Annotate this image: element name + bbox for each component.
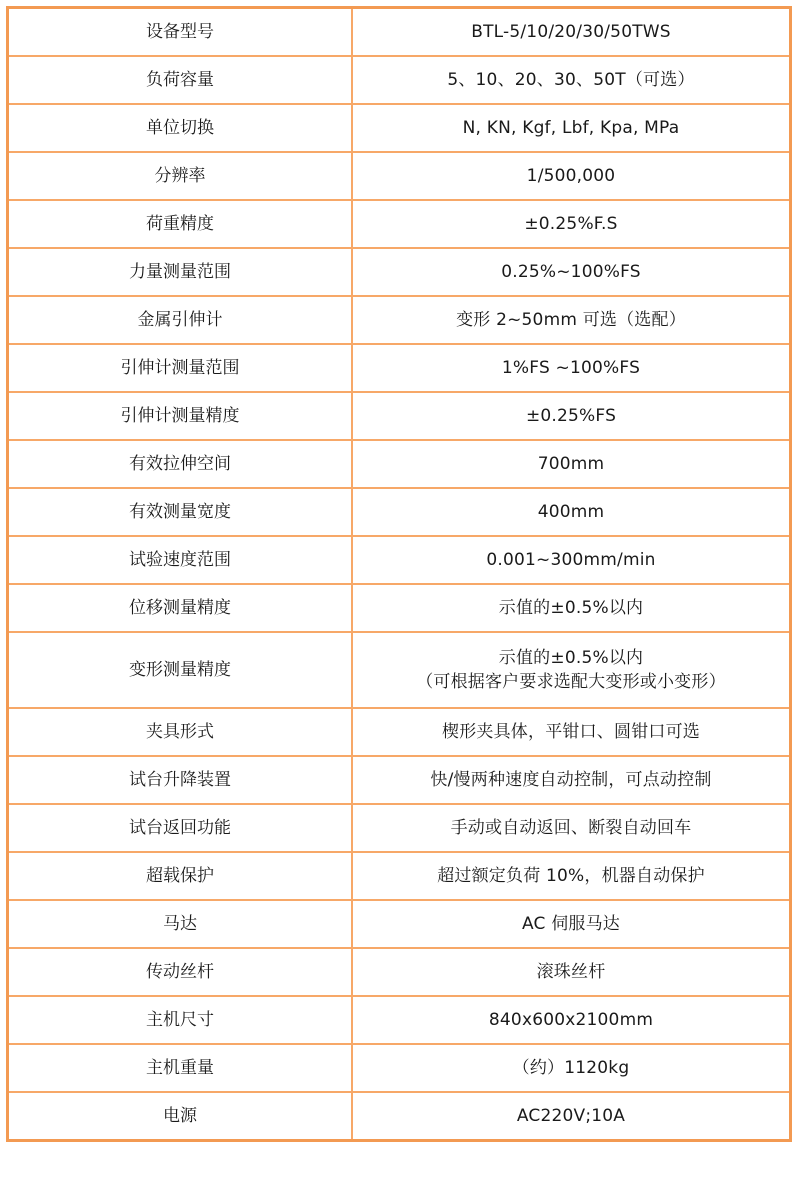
spec-label: 电源: [8, 1092, 353, 1141]
spec-row-dimensions: 主机尺寸 840x600x2100mm: [8, 996, 791, 1044]
spec-label: 试台升降装置: [8, 756, 353, 804]
spec-value: 示值的±0.5%以内 （可根据客户要求选配大变形或小变形）: [352, 632, 791, 708]
spec-label: 有效测量宽度: [8, 488, 353, 536]
spec-value: 1/500,000: [352, 152, 791, 200]
spec-value-line1: 示值的±0.5%以内: [359, 646, 783, 670]
spec-value: 变形 2~50mm 可选（选配）: [352, 296, 791, 344]
spec-value: 5、10、20、30、50T（可选）: [352, 56, 791, 104]
spec-label: 负荷容量: [8, 56, 353, 104]
spec-row-fixture-type: 夹具形式 楔形夹具体，平钳口、圆钳口可选: [8, 708, 791, 756]
spec-label: 马达: [8, 900, 353, 948]
spec-table: 设备型号 BTL-5/10/20/30/50TWS 负荷容量 5、10、20、3…: [6, 6, 792, 1142]
spec-value: 840x600x2100mm: [352, 996, 791, 1044]
spec-value: 滚珠丝杆: [352, 948, 791, 996]
spec-row-extensometer-range: 引伸计测量范围 1%FS ~100%FS: [8, 344, 791, 392]
spec-value: 手动或自动返回、断裂自动回车: [352, 804, 791, 852]
spec-label: 试台返回功能: [8, 804, 353, 852]
spec-label: 力量测量范围: [8, 248, 353, 296]
spec-row-test-width: 有效测量宽度 400mm: [8, 488, 791, 536]
spec-value: ±0.25%F.S: [352, 200, 791, 248]
spec-value: 0.25%~100%FS: [352, 248, 791, 296]
spec-row-extensometer: 金属引伸计 变形 2~50mm 可选（选配）: [8, 296, 791, 344]
spec-value: 1%FS ~100%FS: [352, 344, 791, 392]
spec-label: 试验速度范围: [8, 536, 353, 584]
spec-row-resolution: 分辨率 1/500,000: [8, 152, 791, 200]
spec-row-extensometer-accuracy: 引伸计测量精度 ±0.25%FS: [8, 392, 791, 440]
spec-row-force-range: 力量测量范围 0.25%~100%FS: [8, 248, 791, 296]
spec-label: 夹具形式: [8, 708, 353, 756]
spec-row-load-accuracy: 荷重精度 ±0.25%F.S: [8, 200, 791, 248]
spec-row-model: 设备型号 BTL-5/10/20/30/50TWS: [8, 8, 791, 57]
spec-label: 金属引伸计: [8, 296, 353, 344]
spec-row-overload-protection: 超载保护 超过额定负荷 10%，机器自动保护: [8, 852, 791, 900]
spec-value: BTL-5/10/20/30/50TWS: [352, 8, 791, 57]
spec-label: 变形测量精度: [8, 632, 353, 708]
spec-label: 传动丝杆: [8, 948, 353, 996]
spec-value: 400mm: [352, 488, 791, 536]
spec-row-motor: 马达 AC 伺服马达: [8, 900, 791, 948]
spec-label: 主机重量: [8, 1044, 353, 1092]
spec-row-displacement-accuracy: 位移测量精度 示值的±0.5%以内: [8, 584, 791, 632]
spec-label: 分辨率: [8, 152, 353, 200]
spec-label: 位移测量精度: [8, 584, 353, 632]
spec-row-tensile-space: 有效拉伸空间 700mm: [8, 440, 791, 488]
spec-label: 主机尺寸: [8, 996, 353, 1044]
spec-value: AC 伺服马达: [352, 900, 791, 948]
spec-row-return-function: 试台返回功能 手动或自动返回、断裂自动回车: [8, 804, 791, 852]
spec-value: ±0.25%FS: [352, 392, 791, 440]
spec-label: 超载保护: [8, 852, 353, 900]
spec-value: N, KN, Kgf, Lbf, Kpa, MPa: [352, 104, 791, 152]
spec-label: 设备型号: [8, 8, 353, 57]
spec-value: （约）1120kg: [352, 1044, 791, 1092]
spec-value: 0.001~300mm/min: [352, 536, 791, 584]
spec-label: 单位切换: [8, 104, 353, 152]
spec-row-deformation-accuracy: 变形测量精度 示值的±0.5%以内 （可根据客户要求选配大变形或小变形）: [8, 632, 791, 708]
spec-row-unit-switch: 单位切换 N, KN, Kgf, Lbf, Kpa, MPa: [8, 104, 791, 152]
spec-row-lift-device: 试台升降装置 快/慢两种速度自动控制，可点动控制: [8, 756, 791, 804]
spec-row-speed-range: 试验速度范围 0.001~300mm/min: [8, 536, 791, 584]
spec-row-weight: 主机重量 （约）1120kg: [8, 1044, 791, 1092]
spec-value: 超过额定负荷 10%，机器自动保护: [352, 852, 791, 900]
spec-value: 楔形夹具体，平钳口、圆钳口可选: [352, 708, 791, 756]
spec-value: 快/慢两种速度自动控制，可点动控制: [352, 756, 791, 804]
spec-row-power-supply: 电源 AC220V;10A: [8, 1092, 791, 1141]
spec-value: 示值的±0.5%以内: [352, 584, 791, 632]
spec-label: 有效拉伸空间: [8, 440, 353, 488]
spec-label: 引伸计测量范围: [8, 344, 353, 392]
spec-row-load-capacity: 负荷容量 5、10、20、30、50T（可选）: [8, 56, 791, 104]
spec-label: 引伸计测量精度: [8, 392, 353, 440]
spec-row-lead-screw: 传动丝杆 滚珠丝杆: [8, 948, 791, 996]
spec-value: AC220V;10A: [352, 1092, 791, 1141]
spec-value-line2: （可根据客户要求选配大变形或小变形）: [359, 670, 783, 694]
spec-value: 700mm: [352, 440, 791, 488]
spec-label: 荷重精度: [8, 200, 353, 248]
